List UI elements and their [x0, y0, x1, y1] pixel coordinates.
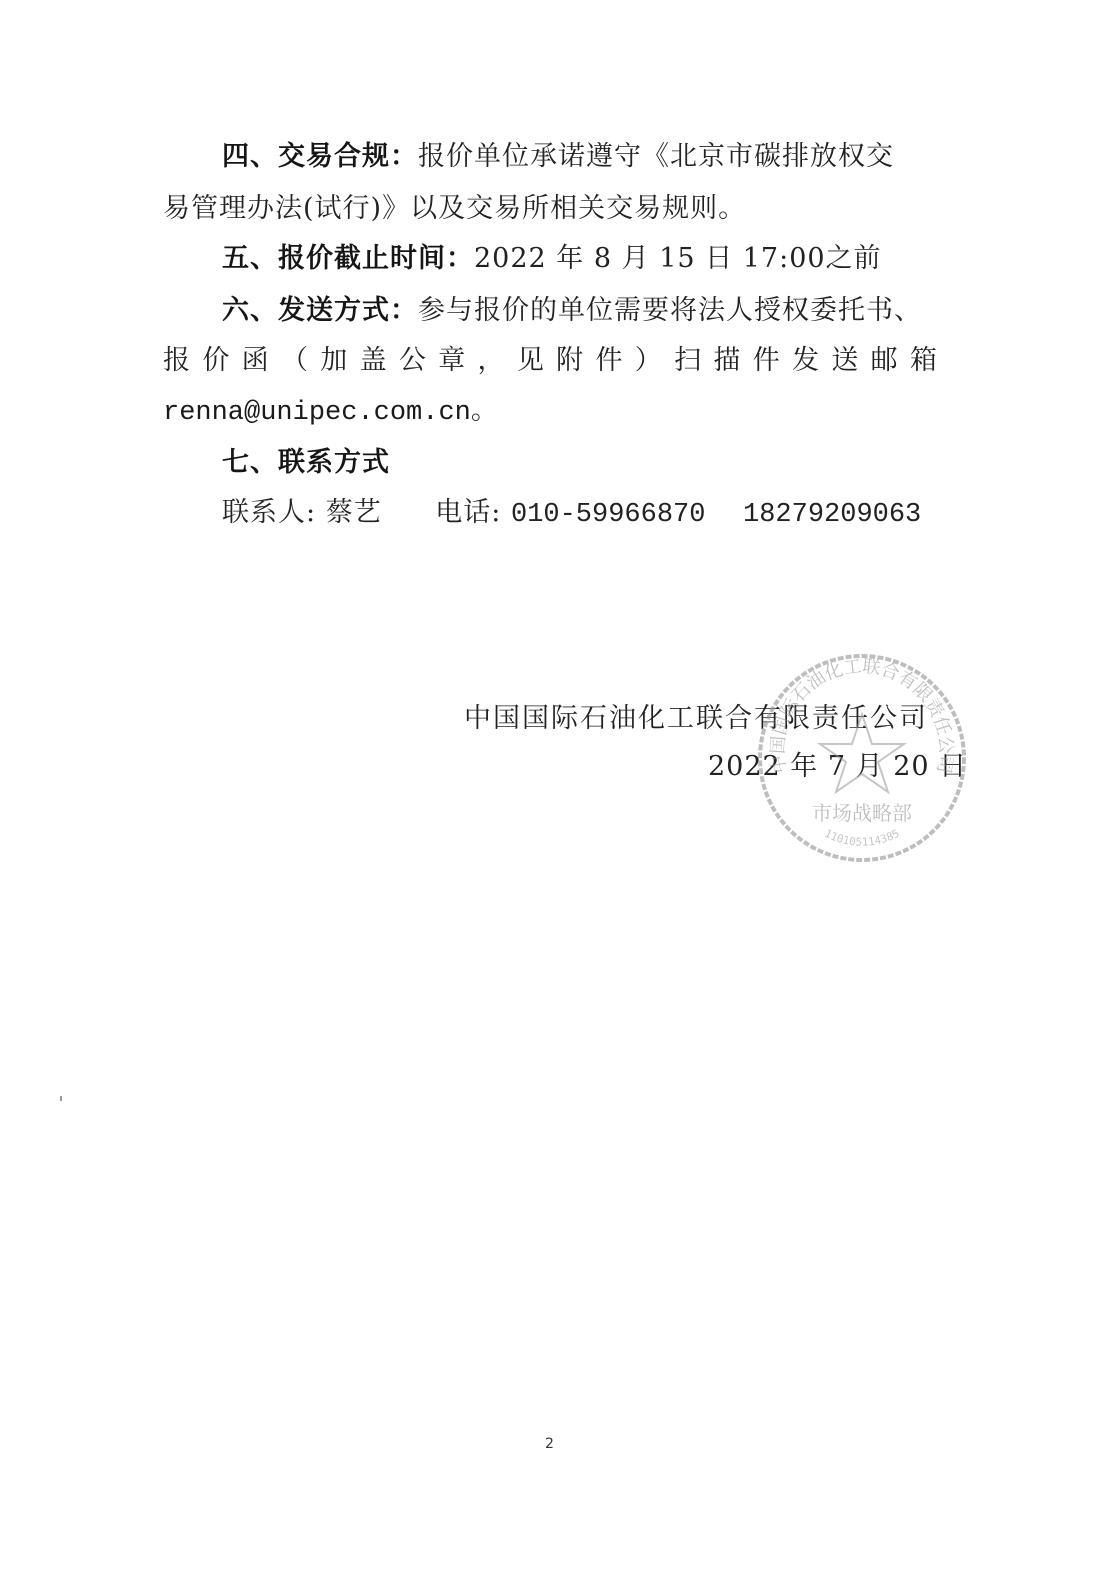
- char: 件: [753, 344, 781, 378]
- document-page: 四、交易合规：报价单位承诺遵守《北京市碳排放权交 易管理办法(试行)》以及交易所…: [0, 0, 1104, 1572]
- section-7-heading: 七、联系方式: [222, 446, 390, 480]
- section-4-heading: 四、交易合规：: [222, 141, 418, 172]
- section-5-heading: 五、报价截止时间：: [222, 243, 474, 274]
- char: 邮: [871, 344, 899, 378]
- char: 加: [320, 344, 348, 378]
- char: 报: [163, 344, 191, 378]
- scan-artifact: [60, 1096, 62, 1101]
- section-6-line-1: 六、发送方式：参与报价的单位需要将法人授权委托书、: [222, 294, 922, 328]
- section-6-heading: 六、发送方式：: [222, 295, 418, 326]
- char: 送: [831, 344, 859, 378]
- char: 描: [713, 344, 741, 378]
- phone-label: 电话:: [435, 497, 501, 528]
- contact-label: 联系人:: [222, 497, 316, 528]
- phone-landline: 010-59966870: [511, 500, 705, 530]
- char: 函: [242, 344, 270, 378]
- contact-name: 蔡艺: [326, 497, 382, 528]
- phone-mobile: 18279209063: [743, 500, 921, 530]
- char: 章: [438, 344, 466, 378]
- contact-line: 联系人: 蔡艺 电话: 010-59966870 18279209063: [222, 496, 921, 532]
- char: 公: [399, 344, 427, 378]
- char: 见: [517, 344, 545, 378]
- stamp-department: 市场战略部: [812, 801, 912, 825]
- char: 箱: [910, 344, 938, 378]
- char: （: [281, 344, 309, 378]
- char: ）: [635, 344, 663, 378]
- section-6-line-2: 报 价 函 （ 加 盖 公 章 ， 见 附 件 ） 扫 描 件 发 送 邮 箱: [163, 344, 938, 378]
- section-4-line-1: 四、交易合规：报价单位承诺遵守《北京市碳排放权交: [222, 140, 894, 174]
- char: 发: [792, 344, 820, 378]
- section-6-text: 参与报价的单位需要将法人授权委托书、: [418, 295, 922, 326]
- company-signature: 中国国际石油化工联合有限责任公司: [464, 702, 928, 736]
- char: 件: [595, 344, 623, 378]
- section-5-line: 五、报价截止时间：2022 年 8 月 15 日 17:00之前: [222, 242, 882, 276]
- section-4-text: 报价单位承诺遵守《北京市碳排放权交: [418, 141, 894, 172]
- svg-text:110105114385: 110105114385: [822, 827, 901, 849]
- page-number: 2: [545, 1436, 554, 1452]
- section-4-line-2: 易管理办法(试行)》以及交易所相关交易规则。: [163, 192, 746, 226]
- char: 盖: [360, 344, 388, 378]
- signature-date: 2022 年 7 月 20 日: [708, 750, 967, 784]
- char: 价: [202, 344, 230, 378]
- email-address[interactable]: renna@unipec.com.cn。: [163, 396, 498, 430]
- char: 扫: [674, 344, 702, 378]
- section-5-deadline: 2022 年 8 月 15 日 17:00之前: [474, 243, 882, 274]
- char: ，: [478, 344, 506, 378]
- char: 附: [556, 344, 584, 378]
